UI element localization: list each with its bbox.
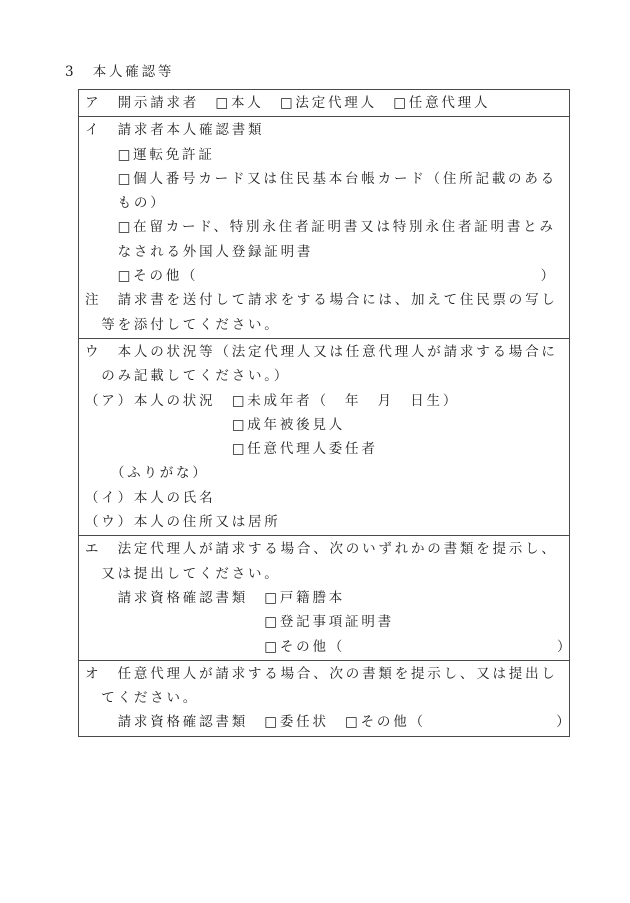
line-principal-name: （イ）本人の氏名: [85, 486, 565, 510]
line-section-u-title-cont: のみ記載してください。）: [85, 364, 565, 388]
line-section-o-title-cont: てください。: [85, 686, 565, 710]
cell-legal-representative-documents: エ 法定代理人が請求する場合、次のいずれかの書類を提示し、 又は提出してください…: [79, 536, 570, 660]
line-checkbox-residence-card-cont: なされる外国人登録証明書: [85, 240, 565, 264]
line-checkbox-mynumber-card-cont: もの）: [85, 191, 565, 215]
line-principal-address: （ウ）本人の住所又は居所: [85, 510, 565, 534]
line-checkbox-power-of-attorney: 請求資格確認書類 □委任状 □その他（ ）: [85, 710, 565, 734]
line-checkbox-registry-certificate: □登記事項証明書: [85, 610, 565, 634]
line-checkbox-family-register: 請求資格確認書類 □戸籍謄本: [85, 586, 565, 610]
line-section-u-title: ウ 本人の状況等（法定代理人又は任意代理人が請求する場合に: [85, 340, 565, 364]
line-note-mail-request-cont: 等を添付してください。: [85, 313, 565, 337]
section-heading: 3 本人確認等: [65, 62, 174, 82]
line-checkbox-other-qualification: □その他（ ）: [85, 635, 565, 659]
line-section-o-title: オ 任意代理人が請求する場合、次の書類を提示し、又は提出し: [85, 662, 565, 686]
line-checkbox-adult-ward: □成年被後見人: [85, 413, 565, 437]
line-section-i-title: イ 請求者本人確認書類: [85, 118, 565, 142]
table-row-legal-representative-documents: エ 法定代理人が請求する場合、次のいずれかの書類を提示し、 又は提出してください…: [79, 536, 570, 660]
line-requester-type-checkboxes: ア 開示請求者 □本人 □法定代理人 □任意代理人: [85, 91, 565, 115]
table-row-identity-documents: イ 請求者本人確認書類 □運転免許証 □個人番号カード又は住民基本台帳カード（住…: [79, 117, 570, 339]
table-row-disclosure-requester: ア 開示請求者 □本人 □法定代理人 □任意代理人: [79, 90, 570, 117]
cell-disclosure-requester: ア 開示請求者 □本人 □法定代理人 □任意代理人: [79, 90, 570, 117]
cell-voluntary-representative-documents: オ 任意代理人が請求する場合、次の書類を提示し、又は提出し てください。 請求資…: [79, 660, 570, 736]
line-checkbox-residence-card: □在留カード、特別永住者証明書又は特別永住者証明書とみ: [85, 215, 565, 239]
document-page: 3 本人確認等 ア 開示請求者 □本人 □法定代理人 □任意代理人 イ 請求者本…: [0, 0, 630, 903]
cell-principal-status: ウ 本人の状況等（法定代理人又は任意代理人が請求する場合に のみ記載してください…: [79, 338, 570, 535]
table-row-voluntary-representative-documents: オ 任意代理人が請求する場合、次の書類を提示し、又は提出し てください。 請求資…: [79, 660, 570, 736]
line-checkbox-other-document: □その他（ ）: [85, 264, 565, 288]
line-checkbox-minor: （ア）本人の状況 □未成年者（ 年 月 日生）: [85, 389, 565, 413]
table-row-principal-status: ウ 本人の状況等（法定代理人又は任意代理人が請求する場合に のみ記載してください…: [79, 338, 570, 535]
line-section-e-title-cont: 又は提出してください。: [85, 562, 565, 586]
identity-verification-table: ア 開示請求者 □本人 □法定代理人 □任意代理人 イ 請求者本人確認書類 □運…: [78, 89, 570, 737]
line-furigana-label: （ふりがな）: [85, 461, 565, 485]
line-checkbox-drivers-license: □運転免許証: [85, 143, 565, 167]
line-checkbox-mynumber-card: □個人番号カード又は住民基本台帳カード（住所記載のある: [85, 167, 565, 191]
line-section-e-title: エ 法定代理人が請求する場合、次のいずれかの書類を提示し、: [85, 537, 565, 561]
line-note-mail-request: 注 請求書を送付して請求をする場合には、加えて住民票の写し: [85, 288, 565, 312]
line-checkbox-voluntary-agent-delegator: □任意代理人委任者: [85, 437, 565, 461]
cell-identity-documents: イ 請求者本人確認書類 □運転免許証 □個人番号カード又は住民基本台帳カード（住…: [79, 117, 570, 339]
